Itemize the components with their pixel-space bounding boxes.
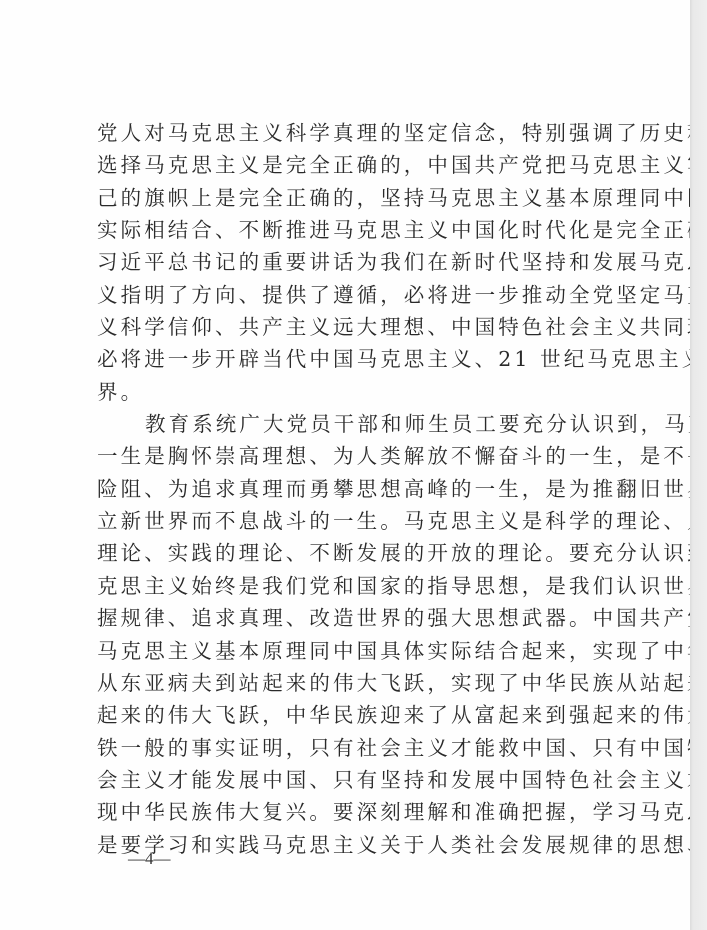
text-line: 现中华民族伟大复兴。要深刻理解和准确把握，学习马克思，就 xyxy=(97,796,607,828)
page-number: —4— xyxy=(128,849,171,869)
text-line: 习近平总书记的重要讲话为我们在新时代坚持和发展马克思主 xyxy=(97,246,607,278)
text-line: 险阻、为追求真理而勇攀思想高峰的一生，是为推翻旧世界、建 xyxy=(97,473,607,505)
text-line: 握规律、追求真理、改造世界的强大思想武器。中国共产党人把 xyxy=(97,602,607,634)
text-line: 义科学信仰、共产主义远大理想、中国特色社会主义共同理想， xyxy=(97,311,607,343)
text-line: 从东亚病夫到站起来的伟大飞跃，实现了中华民族从站起来到富 xyxy=(97,667,607,699)
text-line: 理论、实践的理论、不断发展的开放的理论。要充分认识到，马 xyxy=(97,537,607,569)
document-page: 党人对马克思主义科学真理的坚定信念，特别强调了历史和人民 选择马克思主义是完全正… xyxy=(0,0,690,930)
body-text: 党人对马克思主义科学真理的坚定信念，特别强调了历史和人民 选择马克思主义是完全正… xyxy=(97,117,607,861)
text-line: 是要学习和实践马克思主义关于人类社会发展规律的思想、关于 xyxy=(97,829,607,861)
scan-edge-shadow xyxy=(690,0,707,930)
text-line: 立新世界而不息战斗的一生。马克思主义是科学的理论、人民的 xyxy=(97,505,607,537)
text-line: 选择马克思主义是完全正确的，中国共产党把马克思主义写在自 xyxy=(97,149,607,181)
text-line: 铁一般的事实证明，只有社会主义才能救中国、只有中国特色社 xyxy=(97,732,607,764)
text-line: 党人对马克思主义科学真理的坚定信念，特别强调了历史和人民 xyxy=(97,117,607,149)
text-line: 实际相结合、不断推进马克思主义中国化时代化是完全正确的。 xyxy=(97,214,607,246)
text-line: 一生是胸怀崇高理想、为人类解放不懈奋斗的一生，是不畏艰难 xyxy=(97,440,607,472)
text-line: 会主义才能发展中国、只有坚持和发展中国特色社会主义才能实 xyxy=(97,764,607,796)
text-line: 起来的伟大飞跃，中华民族迎来了从富起来到强起来的伟大飞跃。 xyxy=(97,699,607,731)
text-line: 马克思主义基本原理同中国具体实际结合起来，实现了中华民族 xyxy=(97,635,607,667)
text-line: 界。 xyxy=(97,376,607,408)
text-line: 己的旗帜上是完全正确的，坚持马克思主义基本原理同中国具体 xyxy=(97,182,607,214)
text-line: 必将进一步开辟当代中国马克思主义、21 世纪马克思主义新境 xyxy=(97,343,607,375)
paragraph-start-line: 教育系统广大党员干部和师生员工要充分认识到，马克思的 xyxy=(97,408,607,440)
text-line: 义指明了方向、提供了遵循，必将进一步推动全党坚定马克思主 xyxy=(97,279,607,311)
text-line: 克思主义始终是我们党和国家的指导思想，是我们认识世界、把 xyxy=(97,570,607,602)
